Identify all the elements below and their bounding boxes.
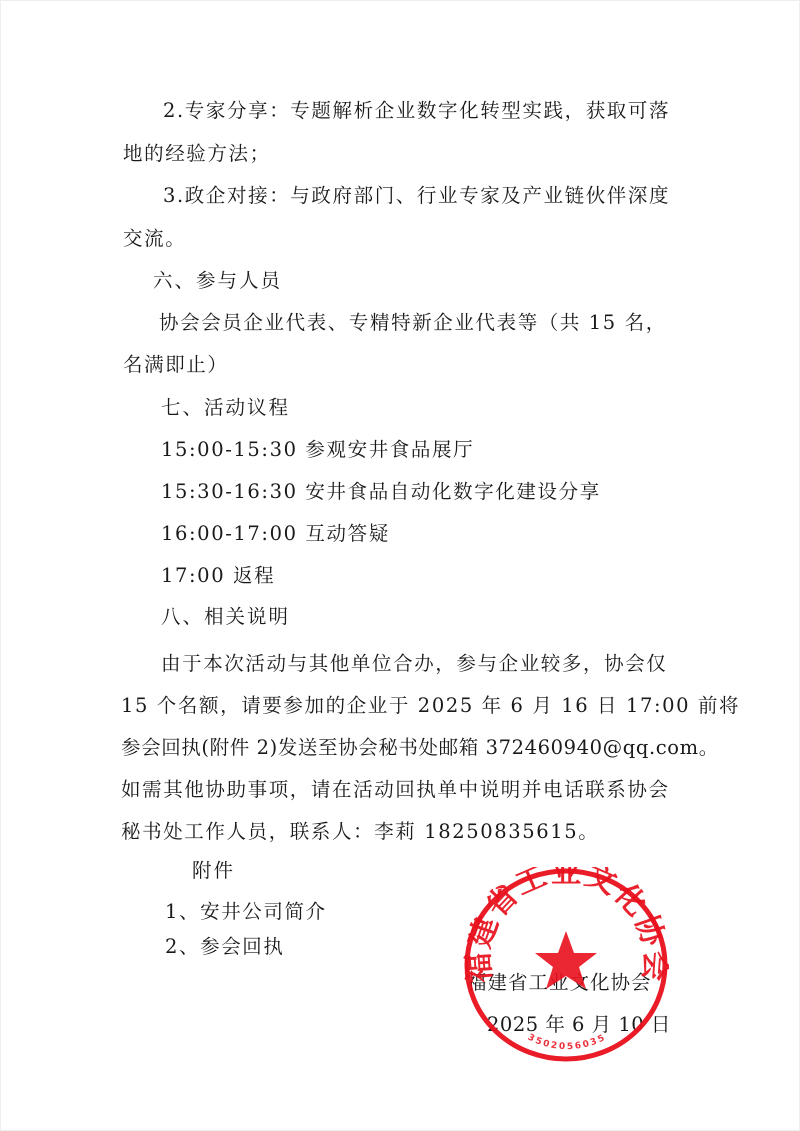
paragraph-expert-sharing-line2: 地的经验方法； (123, 142, 271, 166)
agenda-row: 15:30-16:30 安井食品自动化数字化建设分享 (161, 480, 601, 504)
agenda-row: 15:00-15:30 参观安井食品展厅 (161, 438, 474, 462)
notes-line3-email: 参会回执(附件 2)发送至协会秘书处邮箱 372460940@qq.com。 (121, 736, 719, 760)
participants-line2: 名满即止） (123, 353, 229, 377)
agenda-row: 17:00 返程 (161, 564, 275, 588)
attachment-item-company-profile: 1、安井公司简介 (165, 900, 327, 924)
attachment-item-reply-form: 2、参会回执 (165, 935, 285, 959)
notes-line4: 如需其他协助事项，请在活动回执单中说明并电话联系协会 (121, 778, 670, 802)
paragraph-expert-sharing-line1: 2.专家分享：专题解析企业数字化转型实践，获取可落 (163, 99, 670, 123)
notes-line5-contact: 秘书处工作人员，联系人：李莉 18250835615。 (121, 820, 599, 844)
signature-organization: 福建省工业文化协会 (467, 971, 652, 995)
section-heading-notes: 八、相关说明 (161, 605, 290, 629)
agenda-time: 16:00-17:00 (161, 522, 298, 545)
participants-line1: 协会会员企业代表、专精特新企业代表等（共 15 名， (159, 311, 667, 335)
document-page: 2.专家分享：专题解析企业数字化转型实践，获取可落 地的经验方法； 3.政企对接… (0, 0, 800, 1131)
agenda-item: 安井食品自动化数字化建设分享 (305, 480, 600, 503)
paragraph-gov-enterprise-line2: 交流。 (123, 227, 186, 251)
agenda-time: 15:00-15:30 (161, 438, 298, 461)
notes-line2: 15 个名额，请要参加的企业于 2025 年 6 月 16 日 17:00 前将 (121, 694, 740, 718)
signature-date: 2025 年 6 月 10 日 (487, 1013, 671, 1037)
agenda-item: 返程 (233, 564, 275, 587)
section-heading-agenda: 七、活动议程 (161, 396, 290, 420)
paragraph-gov-enterprise-line1: 3.政企对接：与政府部门、行业专家及产业链伙伴深度 (163, 184, 670, 208)
agenda-time: 17:00 (161, 564, 225, 587)
seal-text: 福建省工业文化协会 (463, 867, 669, 984)
agenda-item: 参观安井食品展厅 (305, 438, 474, 461)
agenda-item: 互动答疑 (305, 522, 389, 545)
svg-text:福建省工业文化协会: 福建省工业文化协会 (463, 867, 669, 984)
agenda-row: 16:00-17:00 互动答疑 (161, 522, 390, 546)
section-heading-participants: 六、参与人员 (153, 269, 282, 293)
notes-line1: 由于本次活动与其他单位合办，参与企业较多，协会仅 (161, 652, 667, 676)
attachments-heading: 附件 (192, 859, 235, 883)
agenda-time: 15:30-16:30 (161, 480, 298, 503)
